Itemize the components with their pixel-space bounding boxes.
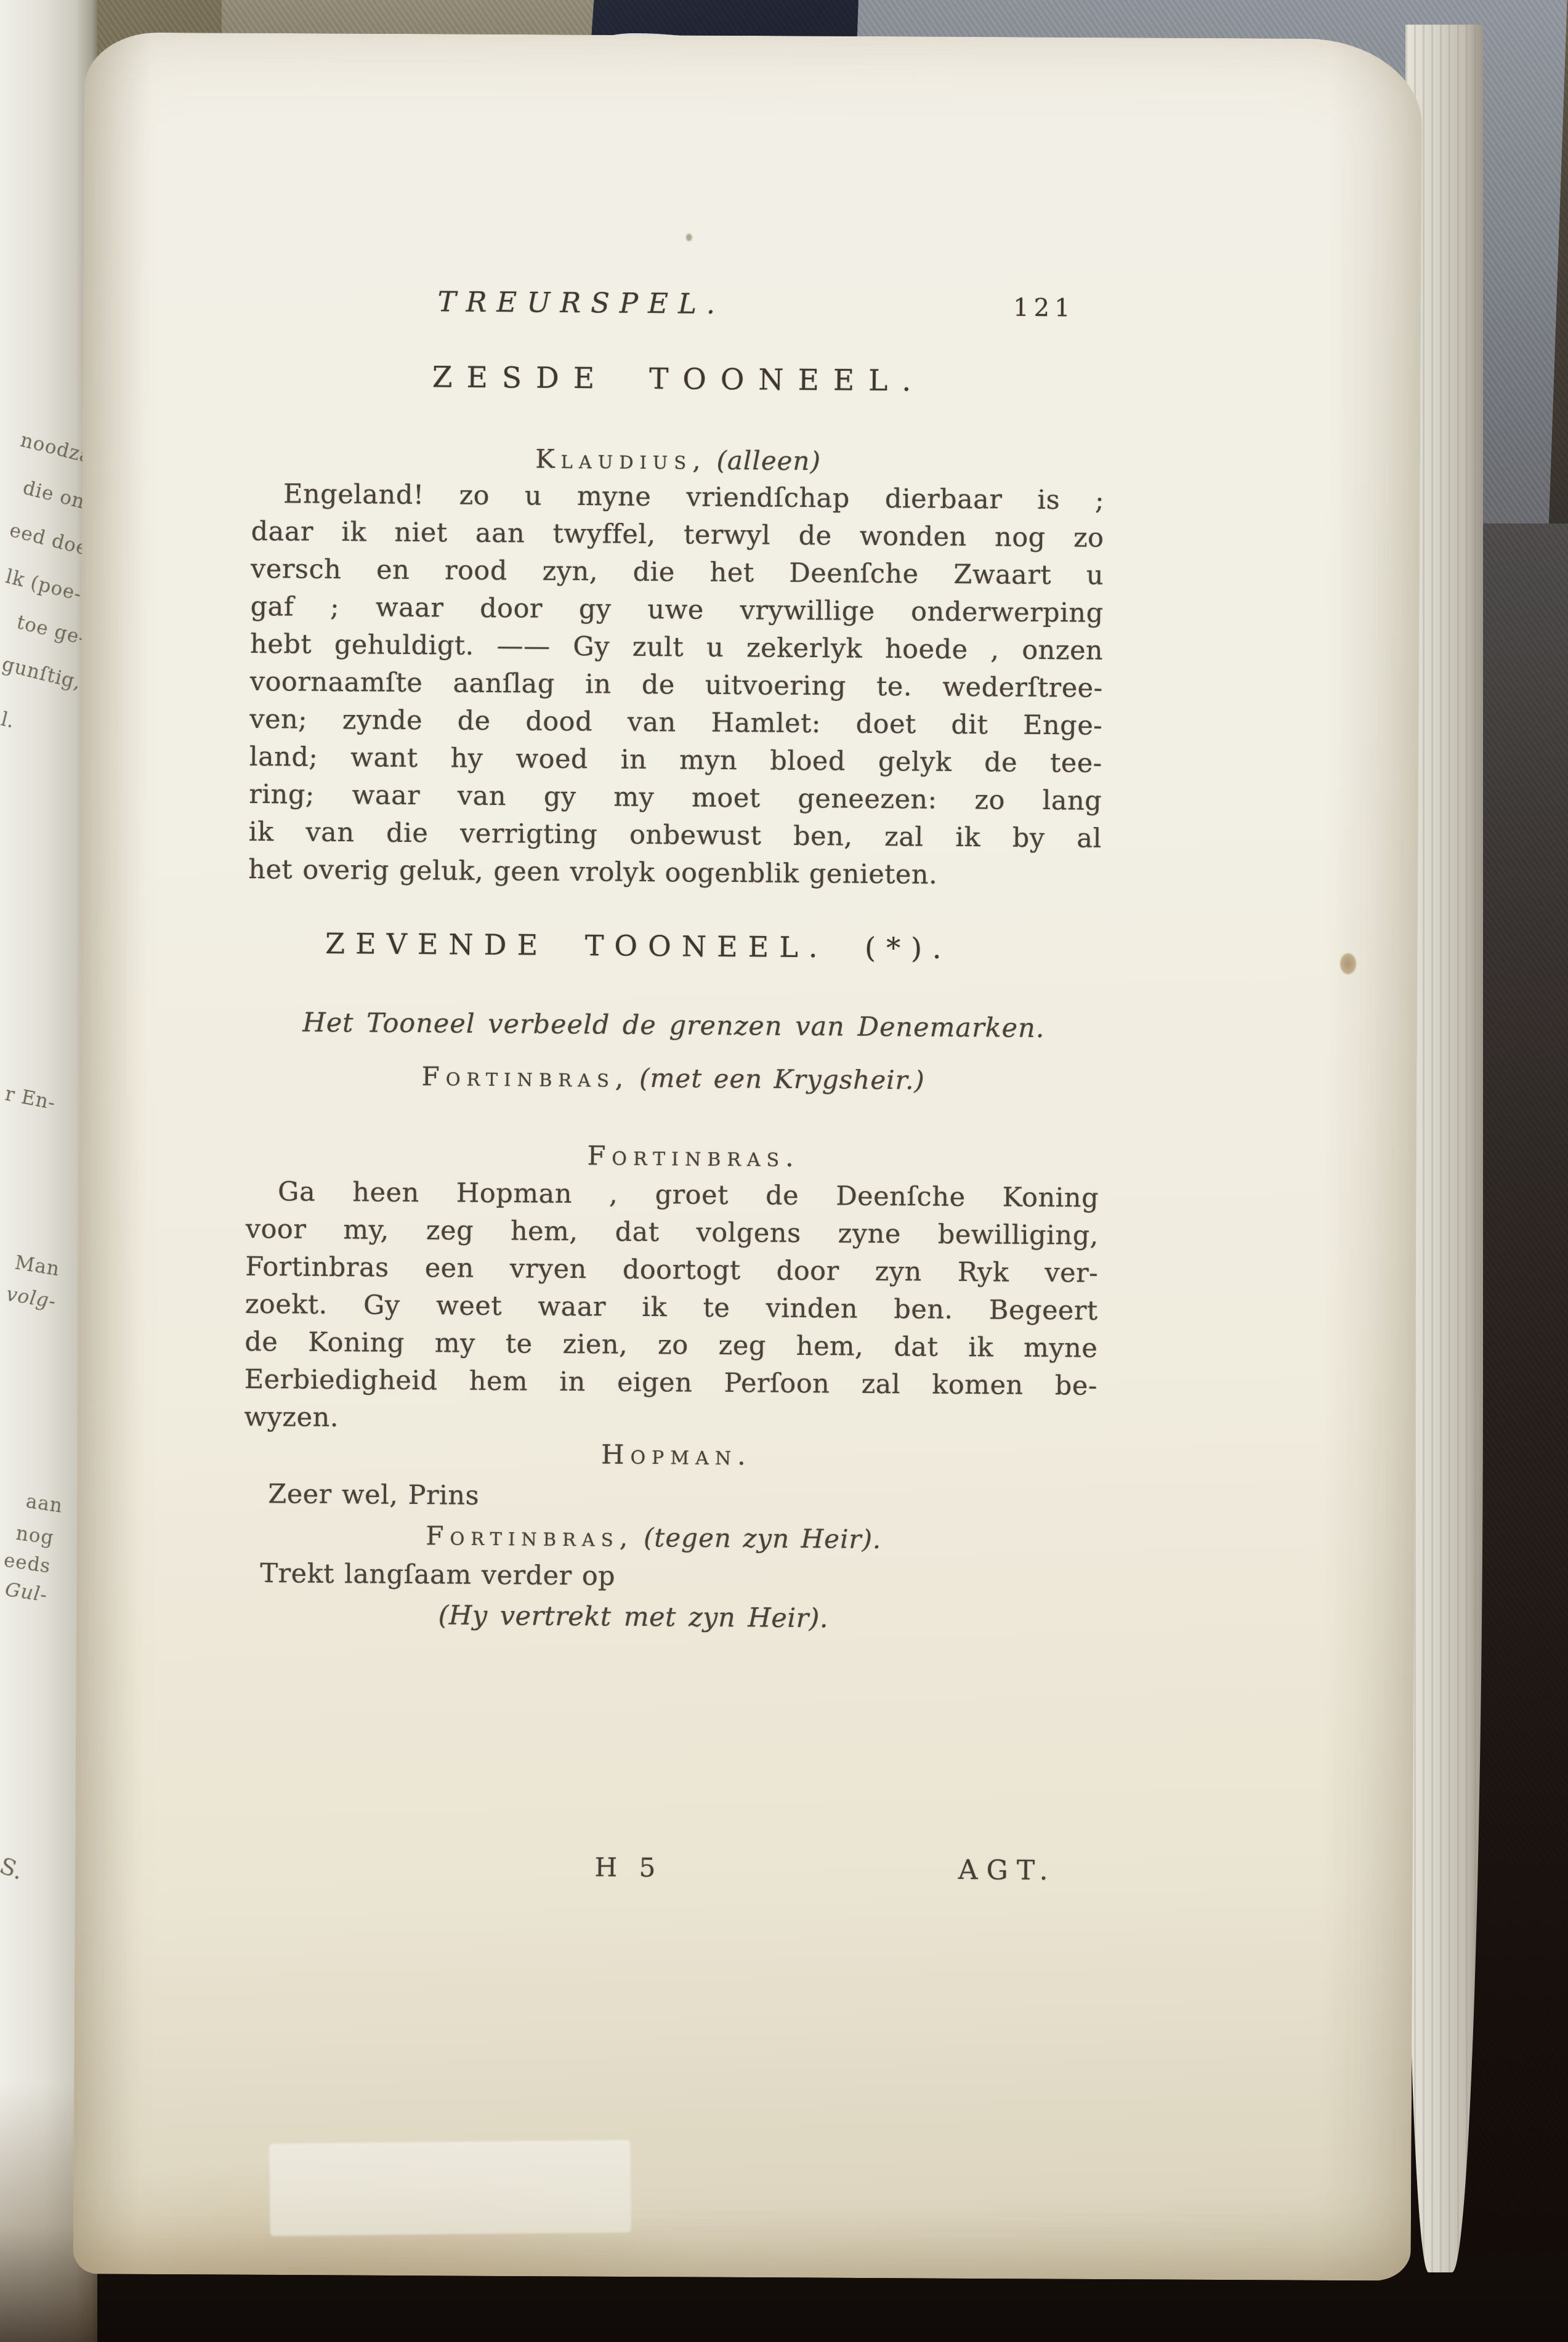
speech-line: land; want hy woed in myn bloed gelyk de… [249,738,1102,783]
speaker-fortinbras-order: Fortinbras, (tegen zyn Heir). [227,1516,1080,1561]
scene-six-heading: ZESDE TOONEEL. [252,352,1105,407]
speaker-fortinbras: Fortinbras. [267,1137,1120,1176]
entrance-note: (met een Krygsheir.) [639,1063,925,1096]
speech-line: gaf ; waar door gy uwe vrywillige onderw… [250,588,1103,632]
speech-line: ven; zynde de dood van Hamlet: doet dit … [249,701,1102,745]
speech-line: Ga heen Hopman , groet de Deenſche Konin… [246,1173,1099,1217]
facing-page-text-fragment: toe ge- [14,612,88,650]
speech-line: voor my, zeg hem, dat volgens zyne bewil… [246,1211,1099,1255]
text-block: TREURSPEL. 121 ZESDE TOONEEL. Klaudius, … [240,281,1105,1892]
facing-page-text-fragment: aan [25,1490,64,1517]
speech-line: daar ik niet aan twyffel, terwyl de wond… [251,513,1104,557]
speech-line: ik van die verrigting onbewust ben, zal … [249,814,1102,858]
running-title: TREURSPEL. [437,283,725,323]
speaker-klaudius: Klaudius, (alleen) [251,438,1104,482]
page-header: TREURSPEL. 121 [253,281,1106,331]
facing-page-text-fragment: S. [0,1852,28,1886]
speech-line: het overig geluk, geen vrolyk oogenblik … [248,851,1101,895]
speech-line: zoekt. Gy weet waar ik te vinden ben. Be… [245,1286,1098,1330]
paper-slip [269,2140,631,2236]
page-footer: H 5 AGT. [240,1846,1093,1892]
fortinbras-order-line: Trekt langſaam verder op [243,1555,1096,1599]
exit-stage-direction: (Hy vertrekt met zyn Heir). [207,1594,1060,1639]
facing-page-text-fragment: eeds [2,1549,52,1578]
speech-line: Eerbiedigheid hem in eigen Perſoon zal k… [244,1361,1097,1405]
facing-page-text-fragment: nog [15,1522,55,1549]
facing-page-text-fragment: Gul- [4,1578,49,1606]
fortinbras-speech: Ga heen Hopman , groet de Deenſche Konin… [244,1173,1099,1443]
stage-setting-direction: Het Tooneel verbeeld de grenzen van Dene… [247,1003,1100,1048]
hopman-line: Zeer wel, Prins [243,1476,1096,1520]
book-photograph: noodza- die ons eed doet lk (poe- toe ge… [0,0,1568,2342]
catchword: AGT. [958,1851,1057,1889]
speech-line: ring; waar van gy my moet geneezen: zo l… [249,776,1102,820]
book-page: TREURSPEL. 121 ZESDE TOONEEL. Klaudius, … [73,32,1422,2280]
facing-page-text-fragment: Man [14,1251,62,1280]
speech-line: de Koning my te zien, zo zeg hem, dat ik… [244,1323,1097,1368]
gathering-signature: H 5 [594,1848,661,1886]
speech-line: wyzen. [244,1399,1097,1443]
scene-seven-heading: ZEVENDE TOONEEL. (*). [212,918,1065,974]
page-number: 121 [1013,289,1075,328]
facing-page-text-fragment: l. [0,708,17,733]
speech-line: versch en rood zyn, die het Deenſche Zwa… [251,551,1104,595]
facing-page-text-fragment: r En- [3,1083,57,1114]
speech-line: Engeland! zo u myne vriendſchap dierbaar… [251,475,1104,520]
speech-line: voornaamſte aanſlag in de uitvoering te.… [249,663,1102,708]
facing-page-text-fragment: volg- [5,1283,58,1313]
ink-speck [686,233,692,241]
klaudius-speech: Engeland! zo u myne vriendſchap dierbaar… [248,475,1104,895]
entrance-direction: Fortinbras, (met een Krygsheir.) [246,1056,1099,1101]
facing-page-text-fragment: gunſtig, [0,653,84,695]
speech-line: hebt gehuldigt. —— Gy zult u zekerlyk ho… [250,626,1103,670]
speaker-note: (alleen) [716,445,821,476]
speech-line: Fortinbras een vryen doortogt door zyn R… [245,1248,1098,1293]
speaker-note: (tegen zyn Heir). [644,1522,882,1554]
facing-page-text-fragment: lk (poe- [4,565,84,605]
speaker-name: Fortinbras, [421,1061,629,1093]
speaker-name: Fortinbras, [426,1520,634,1553]
speaker-name: Klaudius, [535,444,707,475]
speaker-hopman: Hopman. [250,1436,1103,1475]
